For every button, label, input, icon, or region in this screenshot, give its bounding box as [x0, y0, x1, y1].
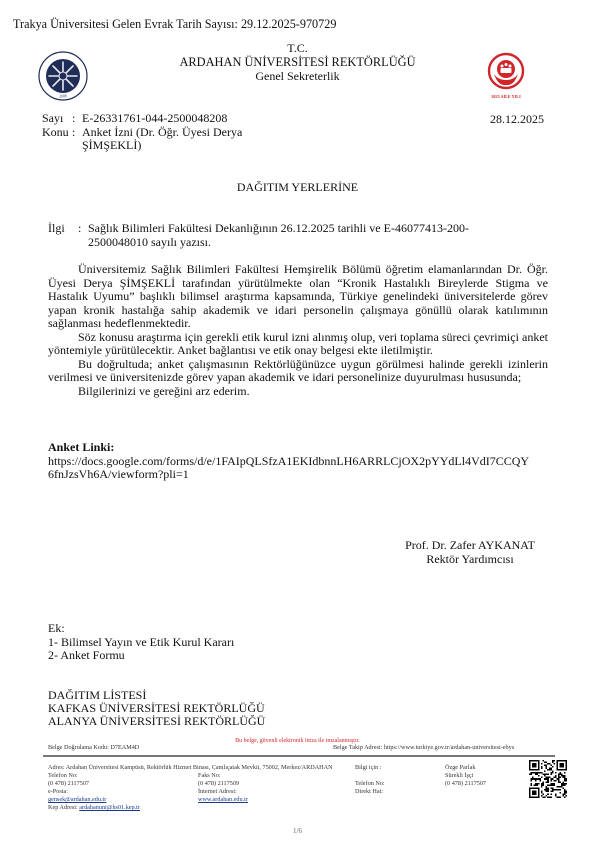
tracking-address-label: Belge Takip Adresi: — [333, 744, 382, 751]
number-separator: : — [72, 112, 82, 126]
footer-address: Adres: Ardahan Üniversitesi Kampüsü, Rek… — [48, 764, 338, 772]
body-closing: Bilgilerinizi ve gereğini arz ederim. — [48, 385, 548, 399]
number-row: Sayı:E-26331761-044-2500048208 — [42, 112, 242, 126]
info-role: Sürekli İşçi — [445, 772, 473, 780]
kep-link[interactable]: ardahanuni@hs01.kep.tr — [79, 804, 140, 811]
family-year-emblem-icon: 2025 AİLE YILI — [484, 52, 528, 100]
attachments-label: Ek: — [48, 622, 234, 636]
direct-line-row: Direkt Hat: — [355, 788, 505, 796]
svg-text:2025 AİLE YILI: 2025 AİLE YILI — [491, 94, 521, 99]
attachments: Ek: 1- Bilimsel Yayın ve Etik Kurul Kara… — [48, 622, 234, 663]
distribution-list: DAĞITIM LİSTESİ KAFKAS ÜNİVERSİTESİ REKT… — [48, 689, 265, 728]
verification-code: Belge Doğrulama Kodu: D7EAM4D — [48, 744, 139, 752]
subject-label: Konu — [42, 126, 72, 140]
fax-label: Faks No: — [198, 772, 348, 780]
survey-link-label: Anket Linki: — [48, 441, 548, 455]
document-number: E-26331761-044-2500048208 — [82, 111, 227, 125]
subject-row: Konu:Anket İzni (Dr. Öğr. Üyesi Derya — [42, 126, 242, 140]
kep: Kep Adresi: ardahanuni@hs01.kep.tr — [48, 804, 338, 812]
info-name: Özge Parlak — [445, 764, 475, 772]
kep-label: Kep Adresi: — [48, 804, 78, 811]
email-label: e-Posta: — [48, 788, 198, 796]
subject-line-1: Anket İzni (Dr. Öğr. Üyesi Derya — [82, 125, 242, 139]
web-link[interactable]: www.ardahan.edu.tr — [198, 796, 248, 803]
signer-name: Prof. Dr. Zafer AYKANAT — [380, 539, 560, 553]
verification-code-label: Belge Doğrulama Kodu: — [48, 744, 109, 751]
tracking-address: Belge Takip Adresi: https://www.turkiye.… — [333, 744, 514, 752]
attachment-item: 2- Anket Formu — [48, 649, 234, 663]
phone-value: (0 478) 2117507 — [48, 780, 89, 787]
email-web-row: e-Posta: gensek@ardahan.edu.tr İnternet … — [48, 788, 338, 804]
phone-fax-row: Telefon No: (0 478) 2117507 Faks No: (0 … — [48, 772, 338, 788]
document-date: 28.12.2025 — [490, 112, 544, 127]
address-value: Ardahan Üniversitesi Kampüsü, Rektörlük … — [66, 764, 333, 771]
tracking-address-url[interactable]: https://www.turkiye.gov.tr/ardahan-unive… — [384, 744, 514, 751]
web-label: İnternet Adresi: — [198, 788, 348, 796]
verification-code-value: D7EAM4D — [110, 744, 139, 751]
info-phone: (0 478) 2117507 — [445, 780, 486, 788]
reference-separator: : — [78, 222, 81, 236]
info-phone-label: Telefon No: — [355, 780, 445, 788]
subject-line-2: ŞİMŞEKLİ) — [42, 139, 242, 153]
distribution-heading: DAĞITIM YERLERİNE — [0, 180, 595, 195]
spacer — [355, 772, 445, 780]
reference-text: Sağlık Bilimleri Fakültesi Dekanlığının … — [88, 222, 518, 249]
body-paragraph: Söz konusu araştırma için gerekli etik k… — [48, 331, 548, 358]
reference-label: İlgi — [48, 222, 65, 236]
survey-link[interactable]: https://docs.google.com/forms/d/e/1FAIpQ… — [48, 455, 533, 482]
address-label: Adres: — [48, 764, 65, 771]
page-number: 1/6 — [0, 827, 595, 835]
qr-code-icon — [529, 760, 567, 798]
body-paragraph: Bu doğrultuda; anket çalışmasının Rektör… — [48, 358, 548, 385]
phone-label: Telefon No: — [48, 772, 198, 780]
attachment-item: 1- Bilimsel Yayın ve Etik Kurul Kararı — [48, 636, 234, 650]
web: İnternet Adresi: www.ardahan.edu.tr — [198, 788, 348, 804]
email: e-Posta: gensek@ardahan.edu.tr — [48, 788, 198, 804]
svg-text:2008: 2008 — [59, 95, 66, 99]
fax-value: (0 478) 2117509 — [198, 780, 239, 787]
footer-divider — [43, 755, 555, 757]
signer-title: Rektör Yardımcısı — [380, 553, 560, 567]
direct-line-label: Direkt Hat: — [355, 788, 445, 796]
document-meta: Sayı:E-26331761-044-2500048208 Konu:Anke… — [42, 112, 242, 153]
incoming-document-stamp: Trakya Üniversitesi Gelen Evrak Tarih Sa… — [13, 17, 336, 32]
footer-info: Bilgi için :Özge Parlak Sürekli İşçi Tel… — [355, 764, 505, 796]
info-role-row: Sürekli İşçi — [355, 772, 505, 780]
fax: Faks No: (0 478) 2117509 — [198, 772, 348, 788]
email-link[interactable]: gensek@ardahan.edu.tr — [48, 796, 106, 803]
info-phone-row: Telefon No:(0 478) 2117507 — [355, 780, 505, 788]
distribution-item: ALANYA ÜNİVERSİTESİ REKTÖRLÜĞÜ — [48, 715, 265, 728]
phone: Telefon No: (0 478) 2117507 — [48, 772, 198, 788]
letter-body: Üniversitemiz Sağlık Bilimleri Fakültesi… — [48, 263, 548, 398]
signature-block: Prof. Dr. Zafer AYKANAT Rektör Yardımcıs… — [380, 539, 560, 566]
body-paragraph: Üniversitemiz Sağlık Bilimleri Fakültesi… — [48, 263, 548, 331]
footer-contact: Adres: Ardahan Üniversitesi Kampüsü, Rek… — [48, 764, 338, 812]
info-label: Bilgi için : — [355, 764, 445, 772]
info-row: Bilgi için :Özge Parlak — [355, 764, 505, 772]
survey-link-block: Anket Linki: https://docs.google.com/for… — [48, 441, 548, 482]
subject-separator: : — [72, 126, 82, 140]
number-label: Sayı — [42, 112, 72, 126]
